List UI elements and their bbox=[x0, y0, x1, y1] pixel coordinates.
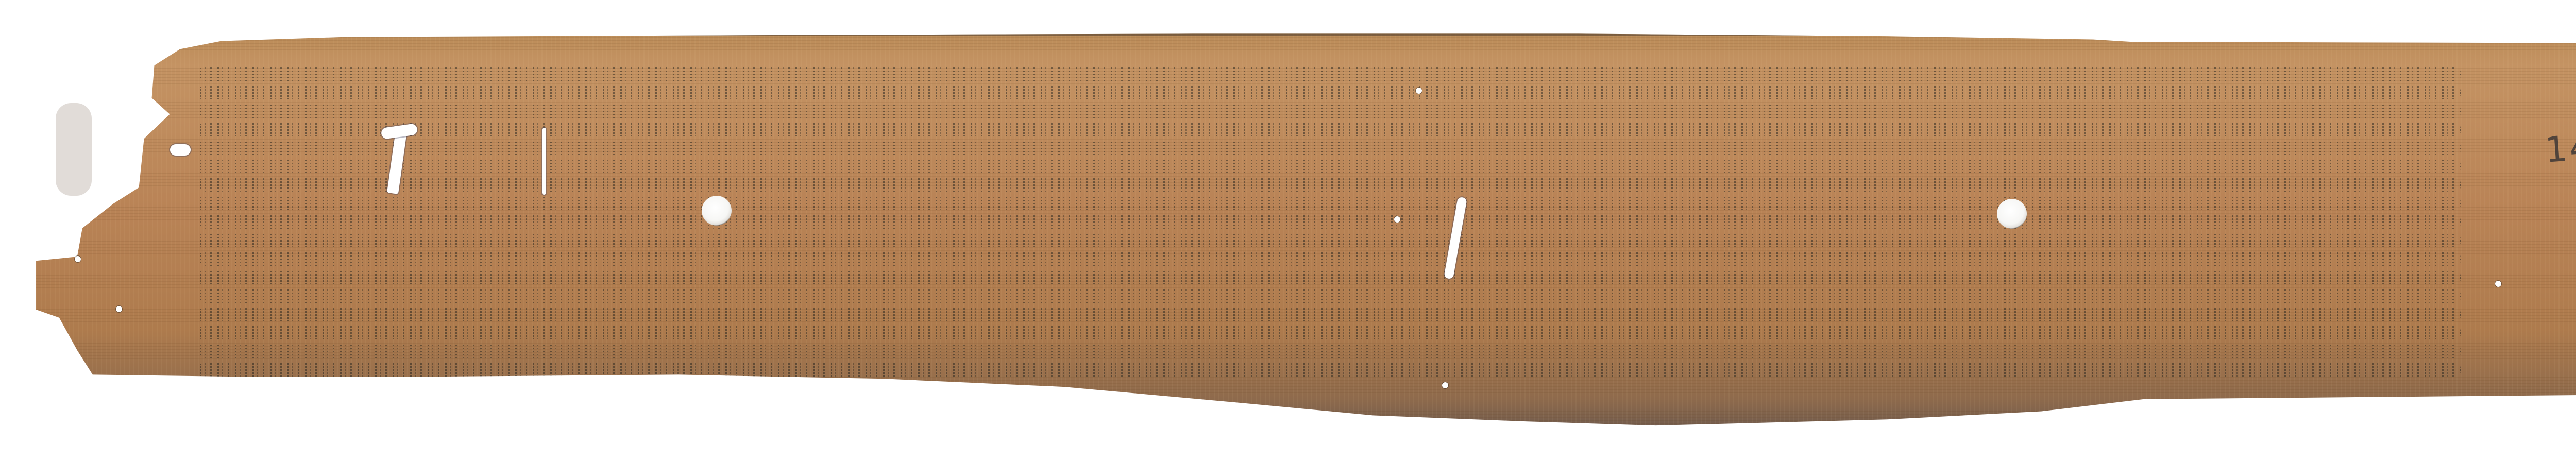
pinhole bbox=[75, 256, 81, 262]
binding-hole-left bbox=[702, 196, 732, 226]
script-line: [Tamil handwritten script line] bbox=[198, 86, 2460, 99]
script-line: [Tamil handwritten script line] bbox=[198, 215, 2460, 229]
leaf-top-edge bbox=[36, 33, 2576, 36]
script-line: [Tamil handwritten script line] bbox=[198, 289, 2460, 303]
script-line: [Tamil handwritten script line] bbox=[198, 197, 2460, 210]
script-line: [Tamil handwritten script line] bbox=[198, 363, 2460, 377]
script-line: [Tamil handwritten script line] bbox=[198, 326, 2460, 339]
script-line: [Tamil handwritten script line] bbox=[198, 142, 2460, 155]
script-line: [Tamil handwritten script line] bbox=[198, 308, 2460, 321]
left-margin-marking bbox=[56, 103, 92, 196]
leaf-tear bbox=[542, 128, 546, 195]
pinhole bbox=[2495, 281, 2501, 287]
script-line: [Tamil handwritten script line] bbox=[198, 105, 2460, 118]
pinhole bbox=[1394, 216, 1400, 223]
script-line: [Tamil handwritten script line] bbox=[198, 345, 2460, 358]
pinhole bbox=[1416, 88, 1422, 94]
script-line: [Tamil handwritten script line] bbox=[198, 234, 2460, 247]
script-line: [Tamil handwritten script line] bbox=[198, 252, 2460, 266]
script-line: [Tamil handwritten script line] bbox=[198, 160, 2460, 173]
leaf-tear bbox=[170, 144, 191, 156]
manuscript-page: [Tamil handwritten script line] [Tamil h… bbox=[0, 0, 2576, 461]
binding-hole-right bbox=[1997, 199, 2027, 229]
leaf-number-annotation: 140 bbox=[2544, 125, 2576, 171]
script-line: [Tamil handwritten script line] bbox=[198, 67, 2460, 81]
script-line: [Tamil handwritten script line] bbox=[198, 123, 2460, 136]
manuscript-text-block: [Tamil handwritten script line] [Tamil h… bbox=[198, 67, 2460, 377]
palm-leaf: [Tamil handwritten script line] [Tamil h… bbox=[36, 25, 2576, 432]
script-line: [Tamil handwritten script line] bbox=[198, 178, 2460, 192]
script-line: [Tamil handwritten script line] bbox=[198, 271, 2460, 284]
pinhole bbox=[1442, 382, 1448, 388]
pinhole bbox=[116, 306, 122, 312]
